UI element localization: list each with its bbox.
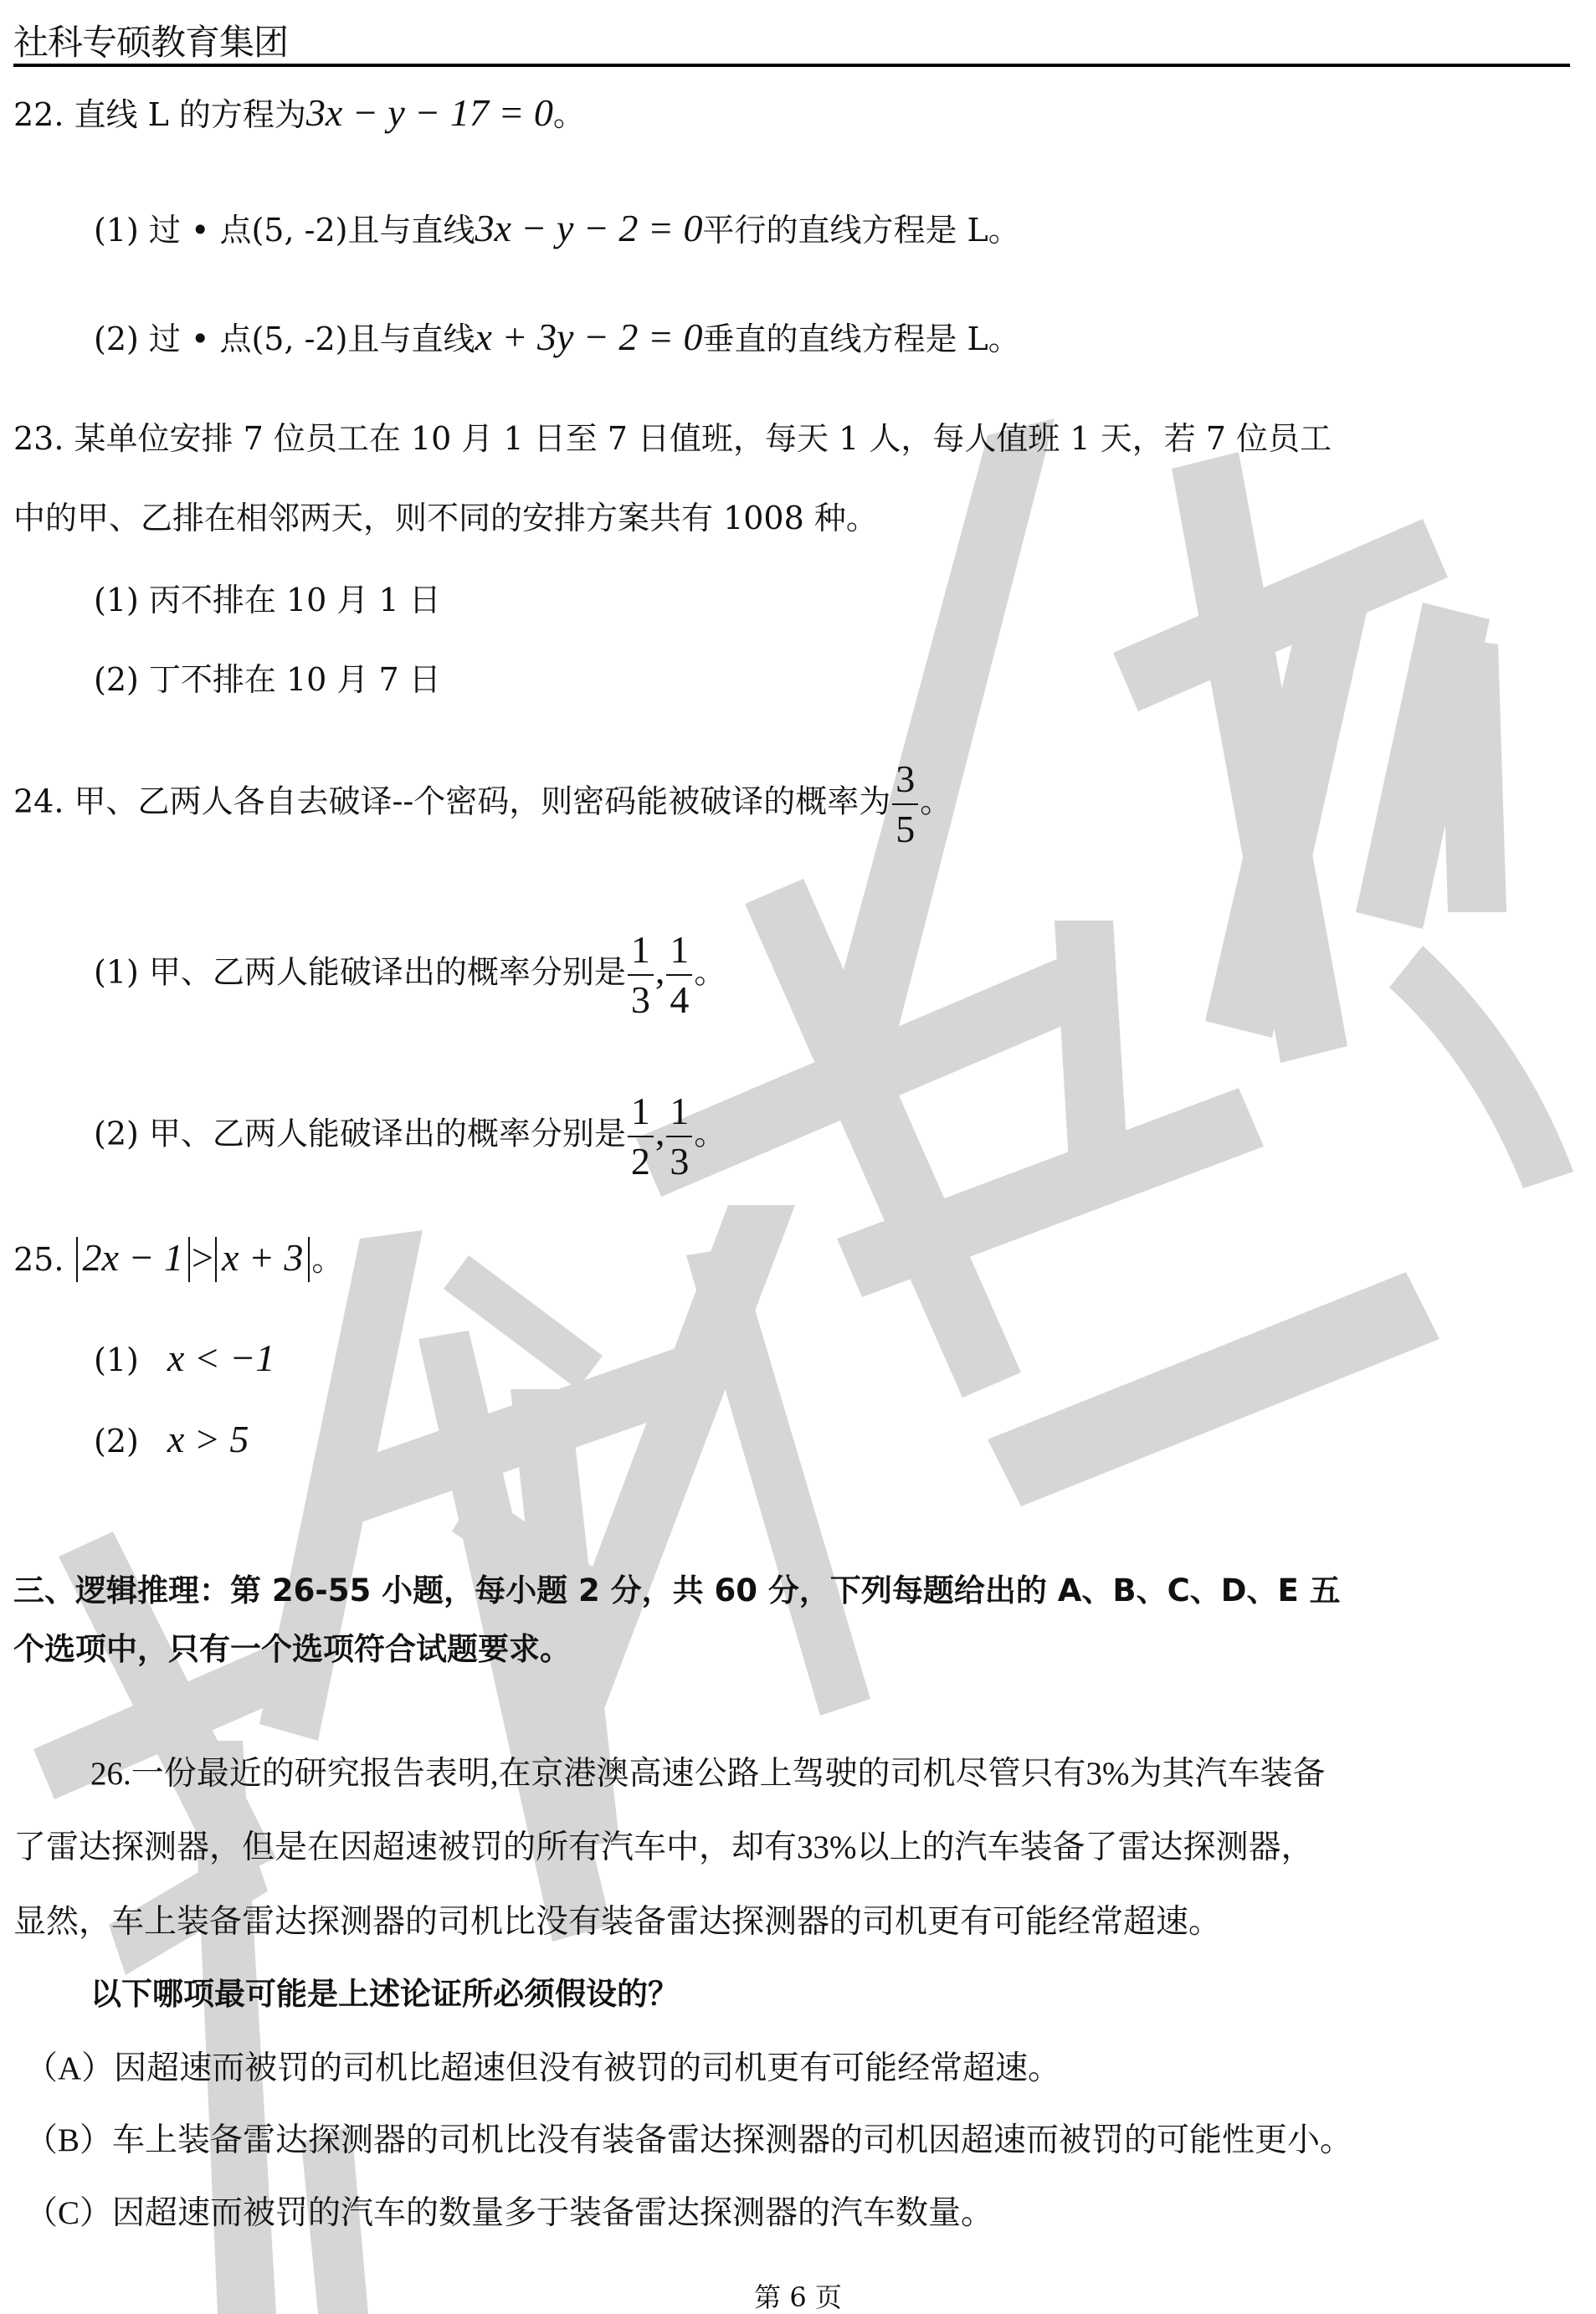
fraction-denominator: 3 (628, 981, 654, 1019)
fraction-numerator: 3 (892, 760, 918, 798)
option-text: 因超速而被罚的汽车的数量多于装备雷达探测器的汽车数量。 (112, 2195, 993, 2231)
q24-condition-1: (1) 甲、乙两人能破译出的概率分别是13,14。 (94, 931, 726, 1019)
q25-c1-inequality: x < −1 (167, 1337, 275, 1379)
q24-c1-fraction-a: 13 (628, 931, 654, 1019)
option-label: （C） (25, 2195, 112, 2231)
q26-option-a: （A）因超速而被罚的司机比超速但没有被罚的司机更有可能经常超速。 (25, 2052, 1060, 2085)
fraction-numerator: 1 (628, 931, 654, 969)
fraction-numerator: 1 (666, 931, 692, 969)
fraction-denominator: 5 (892, 810, 918, 849)
q22-c1-suffix: 平行的直线方程是 L。 (702, 212, 1019, 249)
q24-stem-text: 24. 甲、乙两人各自去破译--个密码，则密码能被破译的概率为 (13, 783, 890, 820)
header-title: 社科专硕教育集团 (13, 15, 288, 65)
q25-stem: 25. 2x − 1>x + 3。 (13, 1237, 343, 1282)
fraction-denominator: 3 (666, 1142, 692, 1181)
q24-c2-fraction-a: 12 (628, 1092, 654, 1181)
q25-suffix: 。 (311, 1241, 343, 1278)
q24-c2-text: (2) 甲、乙两人能破译出的概率分别是 (94, 1116, 626, 1152)
q22-stem-text: 22. 直线 L 的方程为 (13, 96, 306, 133)
q24-probability-fraction: 35 (892, 760, 918, 849)
fraction-bar (628, 1136, 654, 1137)
q24-c2-suffix: 。 (694, 1116, 726, 1152)
q22-equation: 3x − y − 17 = 0 (306, 91, 553, 134)
q22-c2-text: (2) 过 • 点(5, -2)且与直线 (94, 321, 475, 357)
option-text: 因超速而被罚的司机比超速但没有被罚的司机更有可能经常超速。 (114, 2050, 1060, 2086)
document-page: 社科专硕教育集团 22. 直线 L 的方程为3x − y − 17 = 0。 (… (0, 0, 1596, 2314)
q25-abs-left: 2x − 1 (76, 1237, 190, 1282)
q22-c1-text: (1) 过 • 点(5, -2)且与直线 (94, 212, 475, 249)
q26-stem-line-3: 显然，车上装备雷达探测器的司机比没有装备雷达探测器的司机更有可能经常超速。 (13, 1906, 1221, 1938)
q26-stem-line-1: 26.一份最近的研究报告表明,在京港澳高速公路上驾驶的司机尽管只有3%为其汽车装… (90, 1757, 1326, 1790)
q22-stem-suffix: 。 (553, 96, 585, 133)
q25-c2-inequality: x > 5 (167, 1418, 249, 1460)
fraction-numerator: 1 (666, 1092, 692, 1131)
q23-condition-2: (2) 丁不排在 10 月 7 日 (94, 664, 441, 695)
q23-stem-line-1: 23. 某单位安排 7 位员工在 10 月 1 日至 7 日值班，每天 1 人，… (13, 423, 1332, 454)
q22-c2-suffix: 垂直的直线方程是 L。 (702, 321, 1019, 357)
option-label: （B） (25, 2122, 112, 2158)
fraction-bar (628, 974, 654, 976)
q22-stem: 22. 直线 L 的方程为3x − y − 17 = 0。 (13, 94, 585, 132)
header-divider (13, 64, 1570, 67)
q24-c1-text: (1) 甲、乙两人能破译出的概率分别是 (94, 954, 626, 991)
q26-prompt: 以下哪项最可能是上述论证所必须假设的？ (90, 1978, 679, 2009)
q25-operator: > (192, 1236, 213, 1279)
q25-c1-label: (1) (94, 1342, 139, 1378)
q22-c1-equation: 3x − y − 2 = 0 (475, 207, 702, 249)
q24-stem: 24. 甲、乙两人各自去破译--个密码，则密码能被破译的概率为35。 (13, 760, 952, 849)
q24-stem-suffix: 。 (920, 783, 952, 820)
q25-c2-label: (2) (94, 1423, 139, 1460)
q24-c1-suffix: 。 (694, 954, 726, 991)
q22-condition-1: (1) 过 • 点(5, -2)且与直线3x − y − 2 = 0平行的直线方… (94, 209, 1020, 248)
q25-abs-right: x + 3 (215, 1237, 310, 1282)
section-3-heading-line-2: 个选项中，只有一个选项符合试题要求。 (13, 1634, 571, 1665)
q23-stem-line-2: 中的甲、乙排在相邻两天，则不同的安排方案共有 1008 种。 (13, 502, 878, 534)
q24-c2-fraction-b: 13 (666, 1092, 692, 1181)
option-label: （A） (25, 2050, 114, 2086)
fraction-bar (892, 803, 918, 805)
q22-condition-2: (2) 过 • 点(5, -2)且与直线x + 3y − 2 = 0垂直的直线方… (94, 318, 1020, 357)
fraction-bar (666, 974, 692, 976)
fraction-denominator: 2 (628, 1142, 654, 1181)
q24-c1-fraction-b: 14 (666, 931, 692, 1019)
fraction-bar (666, 1136, 692, 1137)
fraction-denominator: 4 (666, 981, 692, 1019)
option-text: 车上装备雷达探测器的司机比没有装备雷达探测器的司机因超速而被罚的可能性更小。 (112, 2122, 1352, 2158)
q26-option-c: （C）因超速而被罚的汽车的数量多于装备雷达探测器的汽车数量。 (25, 2197, 993, 2229)
q24-condition-2: (2) 甲、乙两人能破译出的概率分别是12,13。 (94, 1092, 726, 1181)
fraction-numerator: 1 (628, 1092, 654, 1131)
section-3-heading-line-1: 三、逻辑推理：第 26-55 小题，每小题 2 分，共 60 分，下列每题给出的… (13, 1575, 1341, 1606)
q26-stem-line-2: 了雷达探测器，但是在因超速被罚的所有汽车中，却有33%以上的汽车装备了雷达探测器… (13, 1831, 1314, 1864)
fraction-separator: , (655, 1111, 665, 1153)
q25-condition-1: (1) x < −1 (94, 1339, 275, 1378)
q23-condition-1: (1) 丙不排在 10 月 1 日 (94, 584, 441, 616)
q26-option-b: （B）车上装备雷达探测器的司机比没有装备雷达探测器的司机因超速而被罚的可能性更小… (25, 2124, 1352, 2157)
q22-c2-equation: x + 3y − 2 = 0 (475, 316, 702, 358)
q25-condition-2: (2) x > 5 (94, 1420, 249, 1459)
page-number: 第 6 页 (0, 2276, 1596, 2314)
fraction-separator: , (655, 949, 665, 992)
q25-number: 25. (13, 1241, 64, 1278)
